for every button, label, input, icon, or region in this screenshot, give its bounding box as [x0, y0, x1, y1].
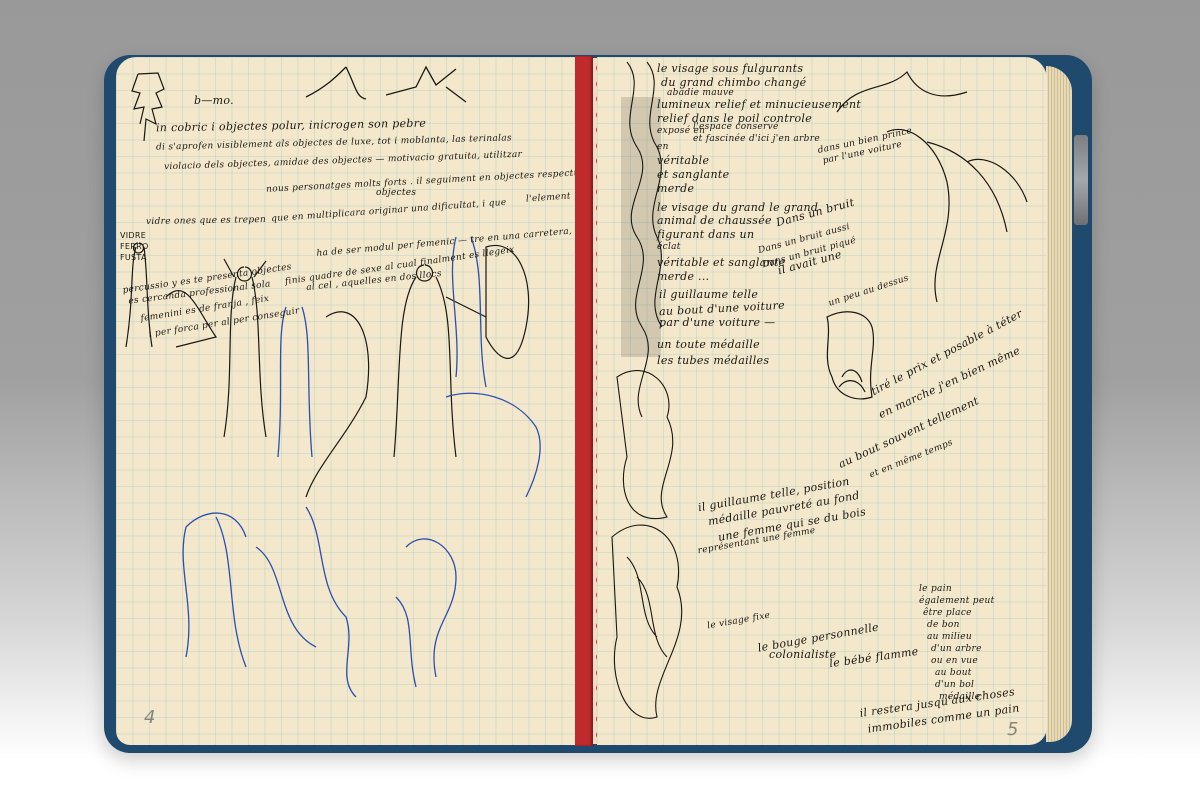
text-line: en	[657, 143, 669, 152]
text-line: il guillaume telle	[659, 289, 758, 300]
winged-figure-sketch	[128, 69, 168, 149]
text-line: merde	[657, 183, 694, 194]
text-line: figurant dans un	[657, 229, 754, 240]
text-line: abadie mauve	[667, 89, 734, 98]
text-line: éclat	[657, 243, 681, 252]
text-line: être place	[923, 609, 972, 618]
margin-word: VIDRE	[120, 232, 146, 240]
margin-word: FERRO	[120, 243, 149, 251]
text-line: colonialiste	[769, 649, 836, 660]
text-line: véritable	[657, 155, 709, 166]
page-number: 4	[144, 707, 155, 728]
text-line: au milieu	[927, 633, 972, 642]
reclining-figures-sketch	[296, 57, 496, 107]
text-line: l'element	[526, 192, 571, 204]
margin-word: FUSTA	[120, 254, 147, 262]
left-page: b—mo. in cobric i objectes polur, inicro…	[116, 57, 576, 745]
text-line: lumineux relief et minucieusement	[657, 99, 861, 110]
spine-binding	[575, 56, 593, 746]
text-line: que en multiplicara originar una dificul…	[271, 199, 507, 224]
text-line: objectes	[376, 189, 416, 198]
text-line: merde ...	[657, 271, 709, 282]
text-line: vidre ones que es trepen	[146, 216, 266, 227]
right-page: le visage sous fulgurants du grand chimb…	[597, 57, 1047, 745]
text-line: au bout d'une voiture	[659, 300, 785, 318]
text-line: in cobric i objectes polur, inicrogen so…	[156, 118, 426, 134]
text-line: au bout	[935, 669, 972, 678]
text-line: l'espace conservé	[693, 123, 779, 132]
text-line: les tubes médailles	[657, 355, 769, 366]
text-line: par d'une voiture —	[659, 317, 775, 328]
text-line: violacio dels objectes, amidae des objec…	[164, 151, 522, 172]
page-number: 5	[1007, 719, 1018, 740]
heading-note: b—mo.	[194, 95, 234, 106]
page-stack-edge	[1046, 66, 1072, 742]
text-line: le bébé flamme	[829, 646, 920, 669]
text-line: animal de chaussée	[657, 215, 772, 226]
text-line: de bon	[927, 621, 960, 630]
text-line: le visage sous fulgurants	[657, 63, 803, 74]
text-line: ou en vue	[931, 657, 978, 666]
text-line: et sanglante	[657, 169, 729, 180]
text-line: d'un arbre	[931, 645, 982, 654]
blue-figures-sketch	[156, 487, 516, 707]
text-line: un toute médaille	[657, 339, 760, 350]
text-line: nous personatges molts forts . il seguim…	[266, 168, 601, 195]
text-line: du grand chimbo changé	[661, 77, 807, 88]
text-line: di s'aprofen visiblement als objectes de…	[156, 134, 512, 152]
text-line: et fascinée d'ici j'en arbre	[693, 135, 820, 144]
text-line: le pain	[919, 585, 952, 594]
text-line: le visage fixe	[707, 612, 771, 632]
text-line: d'un bol	[935, 681, 974, 690]
text-line: également peut	[919, 597, 995, 606]
